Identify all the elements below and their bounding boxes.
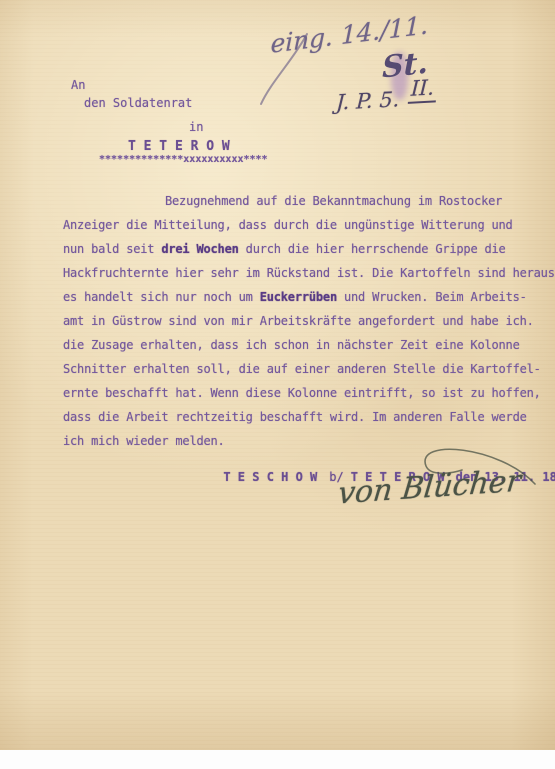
body-line: Schnitter erhalten soll, die auf einer a…: [63, 357, 555, 381]
body-line: nun bald seit drei Wochen durch die hier…: [63, 237, 555, 261]
body-line: Bezugnehmend auf die Bekanntmachung im R…: [63, 189, 555, 213]
paper-background: eing. 14./11. St. J. P. 5.II. An den Sol…: [0, 0, 555, 750]
body-line: es handelt sich nur noch um Euckerrüben …: [63, 285, 555, 309]
scanned-letter: eing. 14./11. St. J. P. 5.II. An den Sol…: [0, 0, 555, 769]
body-line: Hackfruchternte hier sehr im Rückstand i…: [63, 261, 555, 285]
recipient-name: den Soldatenrat: [84, 96, 192, 110]
pen-stroke: [255, 30, 325, 110]
recipient-town-underline: **************xxxxxxxxxx****: [99, 154, 268, 165]
recipient-preposition: in: [189, 120, 203, 134]
place-teschow: T E S C H O W: [223, 470, 317, 484]
body-line: dass die Arbeit rechtzeitig beschafft wi…: [63, 405, 555, 429]
recipient-salutation: An: [71, 78, 85, 92]
file-reference-annotation: J. P. 5.II.: [335, 85, 436, 117]
scan-margin: [0, 750, 555, 769]
body-line: Anzeiger die Mitteilung, dass durch die …: [63, 213, 555, 237]
letter-body: Bezugnehmend auf die Bekanntmachung im R…: [63, 189, 555, 453]
body-line: ernte beschafft hat. Wenn diese Kolonne …: [63, 381, 555, 405]
file-reference-number: J. P. 5.: [336, 87, 401, 114]
file-reference-suffix: II.: [408, 75, 437, 104]
body-line: die Zusage erhalten, dass ich schon in n…: [63, 333, 555, 357]
recipient-town: T E T E R O W: [128, 139, 230, 154]
body-line: amt in Güstrow sind von mir Arbeitskräft…: [63, 309, 555, 333]
